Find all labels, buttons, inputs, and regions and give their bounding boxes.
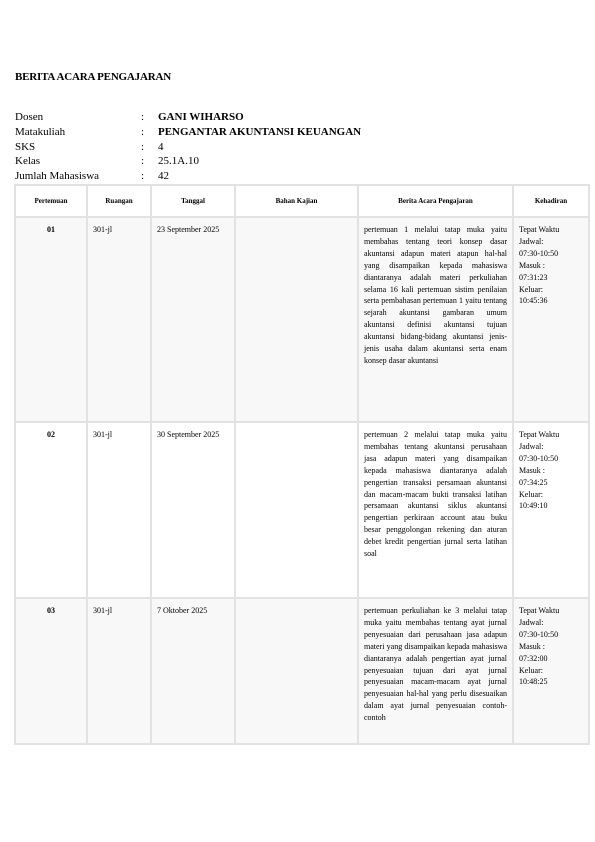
check-out-label: Keluar: — [519, 284, 583, 296]
schedule-time: 07:30-10:50 — [519, 629, 583, 641]
header-kehadiran: Kehadiran — [513, 185, 589, 217]
check-in-label: Masuk : — [519, 465, 583, 477]
check-out-label: Keluar: — [519, 489, 583, 501]
check-in-time: 07:31:23 — [519, 272, 583, 284]
cell-kehadiran: Tepat Waktu Jadwal: 07:30-10:50 Masuk : … — [513, 422, 589, 598]
berita-acara-text: pertemuan perkuliahan ke 3 melalui tatap… — [364, 605, 507, 737]
info-label: SKS — [15, 140, 141, 155]
info-label: Jumlah Mahasiswa — [15, 169, 141, 184]
cell-ruangan: 301-jl — [87, 598, 151, 744]
teaching-record-table: Pertemuan Ruangan Tanggal Bahan Kajian B… — [14, 184, 590, 745]
header-bahan-kajian: Bahan Kajian — [235, 185, 358, 217]
check-in-time: 07:32:00 — [519, 653, 583, 665]
schedule-label: Jadwal: — [519, 236, 583, 248]
cell-tanggal: 7 Oktober 2025 — [151, 598, 235, 744]
cell-berita-acara: pertemuan 2 melalui tatap muka yaitu mem… — [358, 422, 513, 598]
cell-ruangan: 301-jl — [87, 217, 151, 422]
cell-berita-acara: pertemuan perkuliahan ke 3 melalui tatap… — [358, 598, 513, 744]
cell-kehadiran: Tepat Waktu Jadwal: 07:30-10:50 Masuk : … — [513, 598, 589, 744]
table-row: 03 301-jl 7 Oktober 2025 pertemuan perku… — [15, 598, 589, 744]
cell-bahan-kajian — [235, 422, 358, 598]
info-value-dosen: GANI WIHARSO — [158, 110, 244, 125]
course-info: Dosen : GANI WIHARSO Matakuliah : PENGAN… — [15, 110, 361, 184]
check-out-time: 10:45:36 — [519, 295, 583, 307]
cell-bahan-kajian — [235, 598, 358, 744]
info-label: Kelas — [15, 154, 141, 169]
cell-bahan-kajian — [235, 217, 358, 422]
header-pertemuan: Pertemuan — [15, 185, 87, 217]
cell-pertemuan: 01 — [15, 217, 87, 422]
cell-kehadiran: Tepat Waktu Jadwal: 07:30-10:50 Masuk : … — [513, 217, 589, 422]
info-colon: : — [141, 169, 158, 184]
info-value-jumlah-mahasiswa: 42 — [158, 169, 169, 184]
table-row: 02 301-jl 30 September 2025 pertemuan 2 … — [15, 422, 589, 598]
header-ruangan: Ruangan — [87, 185, 151, 217]
info-row-matakuliah: Matakuliah : PENGANTAR AKUNTANSI KEUANGA… — [15, 125, 361, 140]
cell-pertemuan: 03 — [15, 598, 87, 744]
info-colon: : — [141, 125, 158, 140]
check-out-time: 10:48:25 — [519, 676, 583, 688]
check-in-label: Masuk : — [519, 260, 583, 272]
info-colon: : — [141, 154, 158, 169]
info-colon: : — [141, 110, 158, 125]
check-in-label: Masuk : — [519, 641, 583, 653]
cell-tanggal: 30 September 2025 — [151, 422, 235, 598]
schedule-label: Jadwal: — [519, 617, 583, 629]
info-row-dosen: Dosen : GANI WIHARSO — [15, 110, 361, 125]
header-berita-acara: Berita Acara Pengajaran — [358, 185, 513, 217]
info-row-kelas: Kelas : 25.1A.10 — [15, 154, 361, 169]
cell-tanggal: 23 September 2025 — [151, 217, 235, 422]
cell-pertemuan: 02 — [15, 422, 87, 598]
schedule-time: 07:30-10:50 — [519, 248, 583, 260]
table-row: 01 301-jl 23 September 2025 pertemuan 1 … — [15, 217, 589, 422]
info-label: Matakuliah — [15, 125, 141, 140]
check-out-label: Keluar: — [519, 665, 583, 677]
info-value-matakuliah: PENGANTAR AKUNTANSI KEUANGAN — [158, 125, 361, 140]
cell-berita-acara: pertemuan 1 melalui tatap muka yaitu mem… — [358, 217, 513, 422]
info-colon: : — [141, 140, 158, 155]
schedule-label: Jadwal: — [519, 441, 583, 453]
info-row-jumlah-mahasiswa: Jumlah Mahasiswa : 42 — [15, 169, 361, 184]
info-label: Dosen — [15, 110, 141, 125]
attendance-status: Tepat Waktu — [519, 605, 583, 617]
table-header-row: Pertemuan Ruangan Tanggal Bahan Kajian B… — [15, 185, 589, 217]
info-value-sks: 4 — [158, 140, 164, 155]
attendance-status: Tepat Waktu — [519, 429, 583, 441]
attendance-status: Tepat Waktu — [519, 224, 583, 236]
check-in-time: 07:34:25 — [519, 477, 583, 489]
schedule-time: 07:30-10:50 — [519, 453, 583, 465]
info-value-kelas: 25.1A.10 — [158, 154, 199, 169]
cell-ruangan: 301-jl — [87, 422, 151, 598]
info-row-sks: SKS : 4 — [15, 140, 361, 155]
header-tanggal: Tanggal — [151, 185, 235, 217]
document-title: BERITA ACARA PENGAJARAN — [15, 71, 171, 83]
check-out-time: 10:49:10 — [519, 500, 583, 512]
